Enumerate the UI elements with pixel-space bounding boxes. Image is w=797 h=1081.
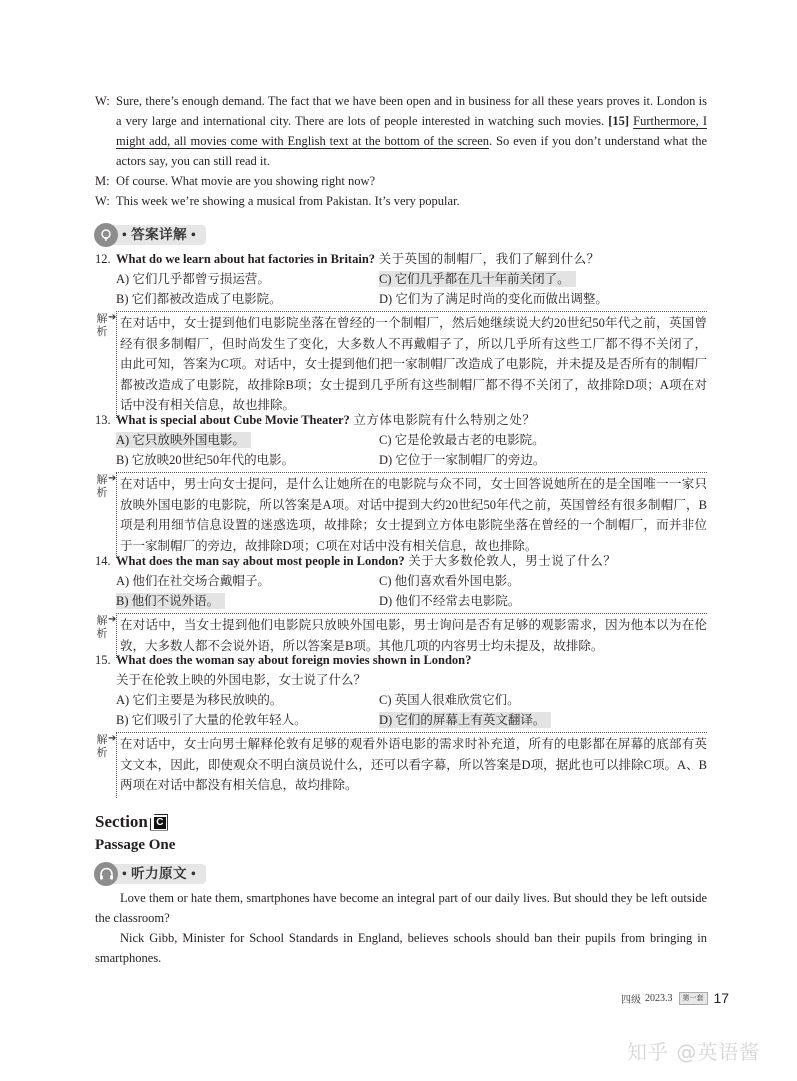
option-text: C) 它是伦敦最古老的电影院。 [379, 433, 545, 447]
option-text: C) 它们几乎都在几十年前关闭了。 [379, 271, 576, 287]
page-footer: 四级 2023.3 第一套 17 [621, 990, 729, 1006]
question-number: 13. [95, 410, 116, 430]
option-text: A) 它们主要是为移民放映的。 [116, 693, 282, 707]
question-english: What do we learn about hat factories in … [116, 252, 375, 266]
option-c-correct: C) 它们几乎都在几十年前关闭了。 [379, 269, 707, 289]
section-label: Section [95, 812, 148, 832]
option-c: C) 他们喜欢看外国电影。 [379, 571, 707, 591]
option-text: A) 他们在社交场合戴帽子。 [116, 574, 270, 588]
analysis-label: 解析 [95, 313, 109, 339]
option-text: B) 它们吸引了大量的伦敦年轻人。 [116, 713, 307, 727]
question-chinese: 关于在伦敦上映的外国电影，女士说了什么？ [116, 670, 707, 690]
question-number: 12. [95, 249, 116, 269]
arrow-icon: ➔ [108, 473, 116, 484]
option-b: B) 它们吸引了大量的伦敦年轻人。 [116, 710, 379, 730]
option-d: D) 它位于一家制帽厂的旁边。 [379, 450, 707, 470]
option-b-correct: B) 他们不说外语。 [116, 591, 379, 611]
option-text: C) 他们喜欢看外国电影。 [379, 574, 520, 588]
dialogue-text: Of course. What movie are you showing ri… [116, 171, 707, 191]
question-english: What is special about Cube Movie Theater… [116, 413, 350, 427]
listening-transcript-header: • 听力原文 • [94, 862, 206, 886]
question-13: 13.What is special about Cube Movie Thea… [95, 410, 707, 558]
dialogue-line: W: This week we’re showing a musical fro… [95, 191, 707, 211]
dialogue-line: M: Of course. What movie are you showing… [95, 171, 707, 191]
paragraph: Love them or hate them, smartphones have… [95, 888, 707, 928]
section-title: Section C [95, 812, 168, 832]
option-d-correct: D) 它们的屏幕上有英文翻译。 [379, 710, 707, 730]
header-label: • 答案详解 • [112, 225, 206, 245]
option-b: B) 它们都被改造成了电影院。 [116, 289, 379, 309]
question-title: 15.What does the woman say about foreign… [95, 650, 707, 670]
analysis-label: 解析 [95, 615, 109, 641]
arrow-icon: ➔ [108, 733, 116, 744]
options: A) 它们主要是为移民放映的。 C) 英国人很难欣赏它们。 B) 它们吸引了大量… [116, 690, 707, 730]
question-marker: [15] [608, 114, 629, 128]
option-c: C) 英国人很难欣赏它们。 [379, 690, 707, 710]
options: A) 它只放映外国电影。 C) 它是伦敦最古老的电影院。 B) 它放映20世纪5… [116, 430, 707, 470]
question-english: What does the man say about most people … [116, 554, 405, 568]
question-14: 14.What does the man say about most peop… [95, 551, 707, 658]
question-number: 15. [95, 650, 116, 670]
analysis-block: 解析 ➔ 在对话中，女士提到他们电影院坐落在曾经的一个制帽厂，然后她继续说大约2… [95, 311, 707, 418]
option-a-correct: A) 它只放映外国电影。 [116, 430, 379, 450]
option-a: A) 他们在社交场合戴帽子。 [116, 571, 379, 591]
dialogue-transcript: W: Sure, there’s enough demand. The fact… [95, 91, 707, 211]
header-label: • 听力原文 • [112, 864, 206, 884]
exam-level: 四级 [621, 991, 641, 1006]
speaker-label: W: [95, 191, 116, 211]
option-text: C) 英国人很难欣赏它们。 [379, 693, 520, 707]
option-a: A) 它们主要是为移民放映的。 [116, 690, 379, 710]
option-d: D) 它们为了满足时尚的变化而做出调整。 [379, 289, 707, 309]
option-c: C) 它是伦敦最古老的电影院。 [379, 430, 707, 450]
analysis-text: 在对话中，女士提到他们电影院坐落在曾经的一个制帽厂，然后她继续说大约20世纪50… [116, 311, 707, 418]
speaker-label: W: [95, 91, 116, 171]
arrow-icon: ➔ [108, 614, 116, 625]
question-15: 15.What does the woman say about foreign… [95, 650, 707, 798]
option-text: A) 它们几乎都曾亏损运营。 [116, 272, 270, 286]
option-text: D) 它位于一家制帽厂的旁边。 [379, 453, 545, 467]
document-page: W: Sure, there’s enough demand. The fact… [0, 0, 797, 1081]
dialogue-text: Sure, there’s enough demand. The fact th… [116, 91, 707, 171]
analysis-block: 解析 ➔ 在对话中，男士向女士提问，是什么让她所在的电影院与众不同，女士回答说她… [95, 472, 707, 558]
speaker-label: M: [95, 171, 116, 191]
passage-text: Love them or hate them, smartphones have… [95, 888, 707, 968]
dialogue-text: This week we’re showing a musical from P… [116, 191, 707, 211]
section-letter-icon: C [150, 814, 168, 831]
option-text: B) 它们都被改造成了电影院。 [116, 292, 282, 306]
set-tag: 第一套 [679, 992, 708, 1005]
lightbulb-icon [94, 223, 118, 247]
paragraph: Nick Gibb, Minister for School Standards… [95, 928, 707, 968]
question-chinese: 立方体电影院有什么特别之处？ [350, 413, 536, 427]
option-text: A) 它只放映外国电影。 [116, 432, 251, 448]
question-number: 14. [95, 551, 116, 571]
analysis-block: 解析 ➔ 在对话中，女士向男士解释伦敦有足够的观看外语电影的需求时补充道，所有的… [95, 732, 707, 798]
exam-edition: 2023.3 [645, 993, 673, 1004]
option-text: D) 它们的屏幕上有英文翻译。 [379, 712, 551, 728]
option-text: B) 它放映20世纪50年代的电影。 [116, 453, 294, 467]
answer-explanation-header: • 答案详解 • [94, 223, 206, 247]
passage-title: Passage One [95, 837, 175, 854]
question-english: What does the woman say about foreign mo… [116, 653, 471, 667]
option-text: B) 他们不说外语。 [116, 593, 225, 609]
analysis-label: 解析 [95, 474, 109, 500]
option-b: B) 它放映20世纪50年代的电影。 [116, 450, 379, 470]
options: A) 它们几乎都曾亏损运营。 C) 它们几乎都在几十年前关闭了。 B) 它们都被… [116, 269, 707, 309]
watermark: 知乎 @英语酱 [627, 1036, 760, 1065]
page-number: 17 [714, 990, 730, 1006]
options: A) 他们在社交场合戴帽子。 C) 他们喜欢看外国电影。 B) 他们不说外语。 … [116, 571, 707, 611]
option-text: D) 它们为了满足时尚的变化而做出调整。 [379, 292, 608, 306]
analysis-label: 解析 [95, 734, 109, 760]
analysis-text: 在对话中，女士向男士解释伦敦有足够的观看外语电影的需求时补充道，所有的电影都在屏… [116, 732, 707, 798]
option-text: D) 他们不经常去电影院。 [379, 594, 520, 608]
option-a: A) 它们几乎都曾亏损运营。 [116, 269, 379, 289]
dialogue-line: W: Sure, there’s enough demand. The fact… [95, 91, 707, 171]
question-title: 13.What is special about Cube Movie Thea… [95, 410, 707, 430]
question-title: 12.What do we learn about hat factories … [95, 249, 707, 269]
question-chinese: 关于英国的制帽厂，我们了解到什么？ [375, 252, 600, 266]
analysis-text: 在对话中，男士向女士提问，是什么让她所在的电影院与众不同，女士回答说她所在的是全… [116, 472, 707, 558]
option-d: D) 他们不经常去电影院。 [379, 591, 707, 611]
section-letter: C [154, 817, 166, 829]
question-12: 12.What do we learn about hat factories … [95, 249, 707, 418]
question-chinese: 关于大多数伦敦人，男士说了什么？ [405, 554, 617, 568]
arrow-icon: ➔ [108, 312, 116, 323]
question-title: 14.What does the man say about most peop… [95, 551, 707, 571]
headphones-icon [94, 862, 118, 886]
